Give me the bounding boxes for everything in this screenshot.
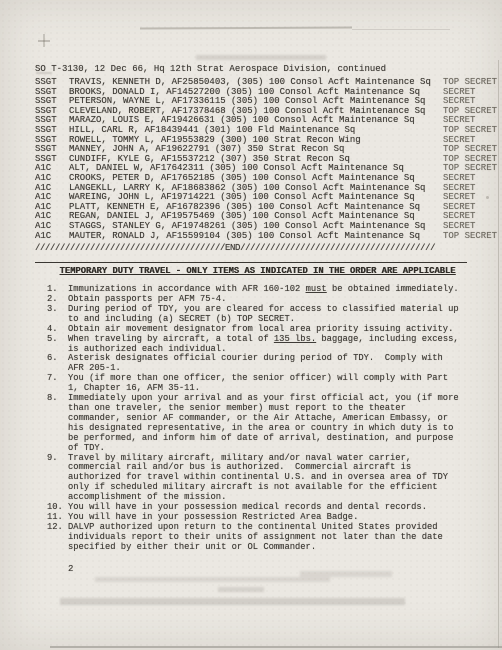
scan-artifact <box>38 40 50 42</box>
item-number: 12. <box>47 523 68 533</box>
tdy-item: 7. You (if more than one officer, the se… <box>47 374 467 394</box>
end-marker-slashes-right: /////////////////////////////////////// <box>240 243 435 253</box>
tdy-item: 9. Travel by military aircraft, military… <box>47 454 467 504</box>
tdy-item: 3. During period of TDY, you are cleared… <box>47 305 467 325</box>
bleed-through-artifact <box>218 587 264 592</box>
scan-artifact <box>43 34 45 47</box>
underlined-text: 135 lbs. <box>274 334 316 344</box>
end-marker-slashes-left: ////////////////////////////////////// <box>35 243 225 253</box>
tdy-items-list: 1. Immunizations in accordance with AFR … <box>35 285 467 552</box>
scan-artifact <box>352 29 450 30</box>
roster: SSGT TRAVIS, KENNETH D, AF25850403, (305… <box>35 78 480 241</box>
item-text: You (if more than one officer, the senio… <box>68 374 462 394</box>
end-marker-label: END <box>225 243 240 253</box>
scanned-document-page: SO T-3130, 12 Dec 66, Hq 12th Strat Aero… <box>0 0 502 650</box>
tdy-item: 8. Immediately upon your arrival and as … <box>47 394 467 453</box>
scan-artifact <box>140 26 352 29</box>
rank-cell: A1C <box>35 232 69 242</box>
tdy-item: 12. DALVP authorized upon return to the … <box>47 523 467 553</box>
bleed-through-artifact <box>60 598 405 605</box>
item-number: 7. <box>47 374 68 384</box>
tdy-item: 5. When traveling by aircraft, a total o… <box>47 335 467 355</box>
clearance-cell: TOP SECRET <box>443 232 497 242</box>
item-text: When traveling by aircraft, a total of 1… <box>68 335 462 355</box>
underlined-text: must <box>306 284 327 294</box>
item-text: Travel by military aircraft, military an… <box>68 454 462 504</box>
item-number: 6. <box>47 354 68 364</box>
roster-row: A1C MAUTER, RONALD J, AF15599104 (305) 1… <box>35 232 480 242</box>
item-text: Immediately upon your arrival and as you… <box>68 394 462 453</box>
member-entry-cell: MAUTER, RONALD J, AF15599104 (305) 100 C… <box>69 232 443 242</box>
item-number: 8. <box>47 394 68 404</box>
bleed-through-artifact <box>95 577 330 582</box>
page-number: 2 <box>68 564 73 574</box>
document-body: SO T-3130, 12 Dec 66, Hq 12th Strat Aero… <box>35 64 480 553</box>
page-edge-line <box>50 646 502 648</box>
item-number: 3. <box>47 305 68 315</box>
tdy-item: 6. Asterisk designates official courier … <box>47 354 467 374</box>
scan-artifact <box>486 196 489 199</box>
bleed-through-artifact <box>300 571 392 577</box>
item-text: During period of TDY, you are cleared fo… <box>68 305 462 325</box>
section-divider-rule <box>35 262 467 263</box>
scan-artifact <box>196 55 326 60</box>
end-marker-line: //////////////////////////////////////EN… <box>35 243 480 253</box>
item-number: 9. <box>47 454 68 464</box>
order-continuation-title: SO T-3130, 12 Dec 66, Hq 12th Strat Aero… <box>35 64 480 75</box>
page-edge-line <box>498 60 499 648</box>
item-number: 5. <box>47 335 68 345</box>
item-text: DALVP authorized upon return to the cont… <box>68 523 462 553</box>
tdy-section-heading: TEMPORARY DUTY TRAVEL - ONLY ITEMS AS IN… <box>35 266 480 276</box>
item-text: Asterisk designates official courier dur… <box>68 354 462 374</box>
